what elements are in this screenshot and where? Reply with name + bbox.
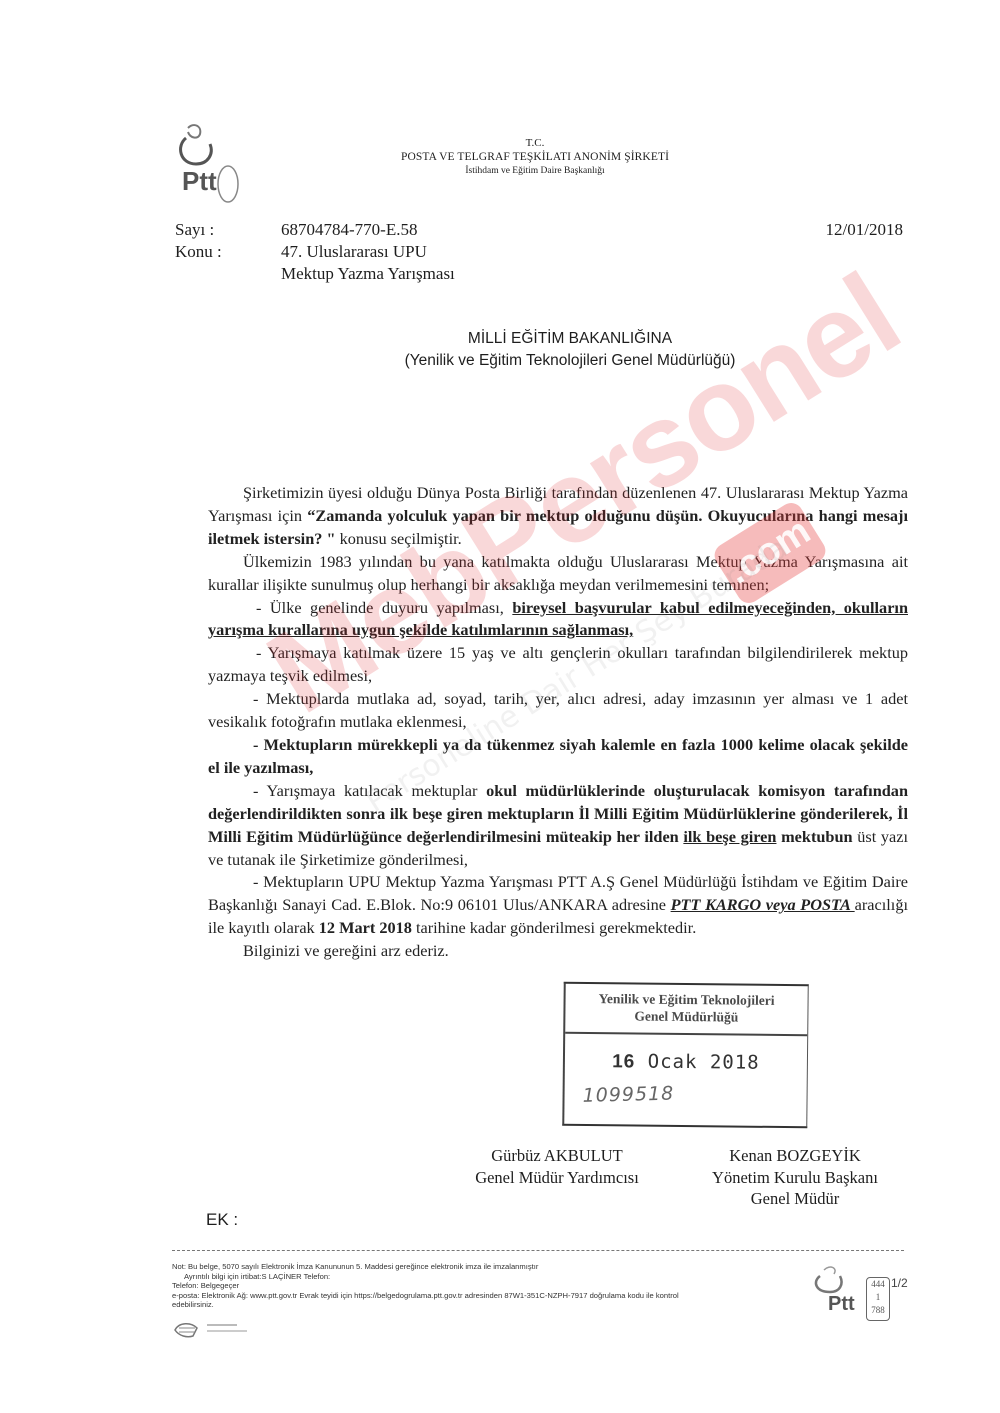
attachment-label: EK : <box>206 1210 238 1230</box>
call-center-box: 444 1 788 <box>866 1277 890 1321</box>
footer-text: Not: Bu belge, 5070 sayılı Elektronik İm… <box>172 1262 812 1310</box>
header-company: POSTA VE TELGRAF TEŞKİLATI ANONİM ŞİRKET… <box>300 151 770 165</box>
header-tc: T.C. <box>300 137 770 150</box>
konu-line1: 47. Uluslararası UPU <box>281 242 427 262</box>
signature-1: Gürbüz AKBULUT Genel Müdür Yardımcısı <box>462 1145 652 1188</box>
stamp-date: 16 Ocak 2018 <box>565 1050 807 1076</box>
bullet-4: - Mektupların mürekkepli ya da tükenmez … <box>208 734 908 780</box>
document-date: 12/01/2018 <box>826 220 903 240</box>
konu-label: Konu : <box>175 242 222 262</box>
ptt-logo: Ptt <box>172 118 242 208</box>
e-signature-icon <box>173 1318 293 1340</box>
closing: Bilginizi ve gereğini arz ederiz. <box>208 940 908 963</box>
svg-text:Ptt: Ptt <box>182 166 217 196</box>
page-number: 1/2 <box>891 1276 908 1290</box>
sayi-value: 68704784-770-E.58 <box>281 220 417 240</box>
bullet-5: - Yarışmaya katılacak mektuplar okul müd… <box>208 780 908 872</box>
sayi-label: Sayı : <box>175 220 214 240</box>
signature-2: Kenan BOZGEYİK Yönetim Kurulu Başkanı Ge… <box>690 1145 900 1210</box>
bullet-6: - Mektupların UPU Mektup Yazma Yarışması… <box>208 871 908 940</box>
receipt-stamp: Yenilik ve Eğitim Teknolojileri Genel Mü… <box>562 982 808 1129</box>
ptt-footer-brand: Ptt <box>828 1293 855 1316</box>
stamp-header: Yenilik ve Eğitim Teknolojileri Genel Mü… <box>565 984 808 1037</box>
header-department: İstihdam ve Eğitim Daire Başkanlığı <box>300 166 770 177</box>
stamp-number: 1099518 <box>582 1079 806 1106</box>
konu-line2: Mektup Yazma Yarışması <box>281 264 455 284</box>
footer-divider <box>172 1250 904 1251</box>
